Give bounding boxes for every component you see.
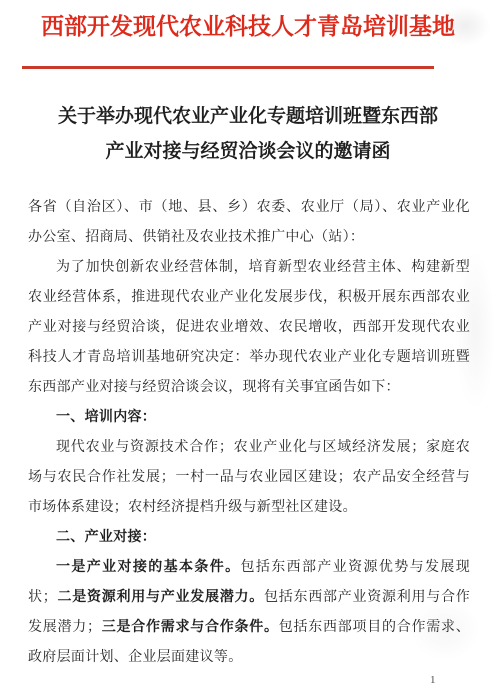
- section-2-paragraph: 一是产业对接的基本条件。包括东西部产业资源优势与发展现状；二是资源利用与产业发展…: [28, 553, 470, 673]
- letterhead-divider-rule: [22, 66, 434, 69]
- emphasis-phrase: 一是产业对接的基本条件。: [56, 560, 240, 575]
- letterhead-organization-name: 西部开发现代农业科技人才青岛培训基地: [0, 8, 496, 44]
- section-1-paragraph: 现代农业与资源技术合作；农业产业化与区域经济发展；家庭农场与农民合作社发展；一村…: [28, 433, 470, 523]
- letterhead-banner: 西部开发现代农业科技人才青岛培训基地: [0, 0, 496, 44]
- section-2-heading: 二、产业对接：: [28, 523, 470, 553]
- intro-paragraph: 为了加快创新农业经营体制，培育新型农业经营主体、构建新型农业经营体系，推进现代农…: [28, 253, 470, 403]
- salutation-paragraph: 各省（自治区）、市（地、县、乡）农委、农业厅（局）、农业产业化办公室、招商局、供…: [28, 193, 470, 253]
- document-body: 各省（自治区）、市（地、县、乡）农委、农业厅（局）、农业产业化办公室、招商局、供…: [28, 193, 470, 673]
- emphasis-phrase: 二是资源利用与产业发展潜力。: [57, 590, 264, 605]
- scanned-letter-page: 西部开发现代农业科技人才青岛培训基地 关于举办现代农业产业化专题培训班暨东西部 …: [0, 0, 496, 699]
- page-number: 1: [430, 674, 436, 686]
- document-title-line-2: 产业对接与经贸洽谈会议的邀请函: [0, 134, 496, 169]
- emphasis-phrase: 三是合作需求与合作条件。: [101, 620, 278, 635]
- document-title-line-1: 关于举办现代农业产业化专题培训班暨东西部: [0, 99, 496, 134]
- section-1-heading: 一、培训内容：: [28, 403, 470, 433]
- document-title: 关于举办现代农业产业化专题培训班暨东西部 产业对接与经贸洽谈会议的邀请函: [0, 99, 496, 169]
